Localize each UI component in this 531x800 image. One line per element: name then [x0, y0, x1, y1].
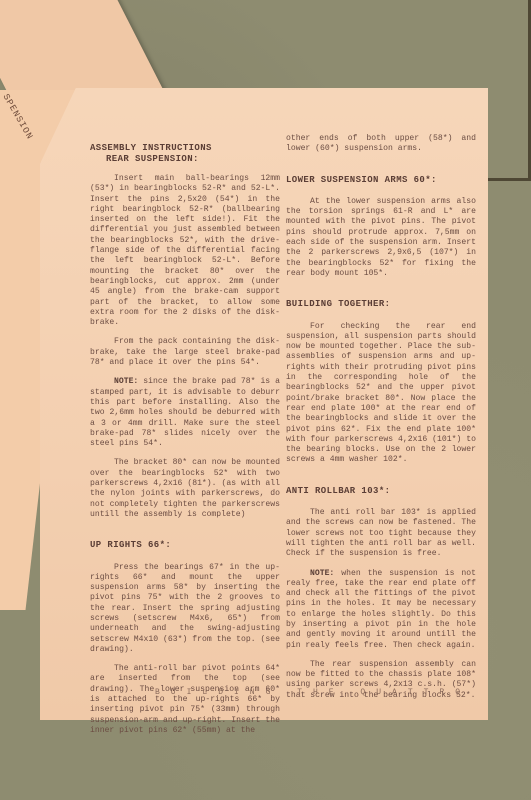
floor-tile-seam	[482, 178, 531, 181]
title-line-2: REAR SUSPENSION:	[90, 154, 280, 165]
right-column: other ends of both upper (58*) and lower…	[286, 134, 476, 710]
section-heading: LOWER SUSPENSION ARMS 60*:	[286, 175, 476, 185]
section-heading: ANTI ROLLBAR 103*:	[286, 486, 476, 496]
page-footer: BUILDING THE QUATTRO	[155, 688, 471, 697]
paragraph: other ends of both upper (58*) and lower…	[286, 134, 476, 155]
section-heading: BUILDING TOGETHER:	[286, 299, 476, 309]
paragraph: The bracket 80* can now be mounted over …	[90, 458, 280, 520]
title-line-1: ASSEMBLY INSTRUCTIONS	[90, 143, 280, 154]
note-paragraph: NOTE: since the brake pad 78* is a stamp…	[90, 377, 280, 449]
section-heading: UP RIGHTS 66*:	[90, 540, 280, 550]
paragraph: At the lower suspension arms also the to…	[286, 197, 476, 279]
paragraph: The anti-roll bar pivot points 64* are i…	[90, 664, 280, 736]
left-column: ASSEMBLY INSTRUCTIONS REAR SUSPENSION: I…	[90, 143, 280, 745]
paragraph: From the pack containing the disk-brake,…	[90, 337, 280, 368]
paragraph: Insert main ball-bearings 12mm (53*) in …	[90, 174, 280, 328]
note-paragraph: NOTE: when the suspension is not realy f…	[286, 569, 476, 651]
note-text: since the brake pad 78* is a stamped par…	[90, 377, 280, 448]
note-label: NOTE:	[114, 377, 138, 386]
paragraph: For checking the rear end suspension, al…	[286, 322, 476, 466]
note-text: when the suspension is not realy free, t…	[286, 569, 476, 650]
paragraph: The anti roll bar 103* is applied and th…	[286, 508, 476, 559]
section-heading: ASSEMBLY INSTRUCTIONS REAR SUSPENSION:	[90, 143, 280, 165]
paragraph: Press the bearings 67* in the up-rights …	[90, 563, 280, 656]
note-label: NOTE:	[310, 569, 334, 578]
